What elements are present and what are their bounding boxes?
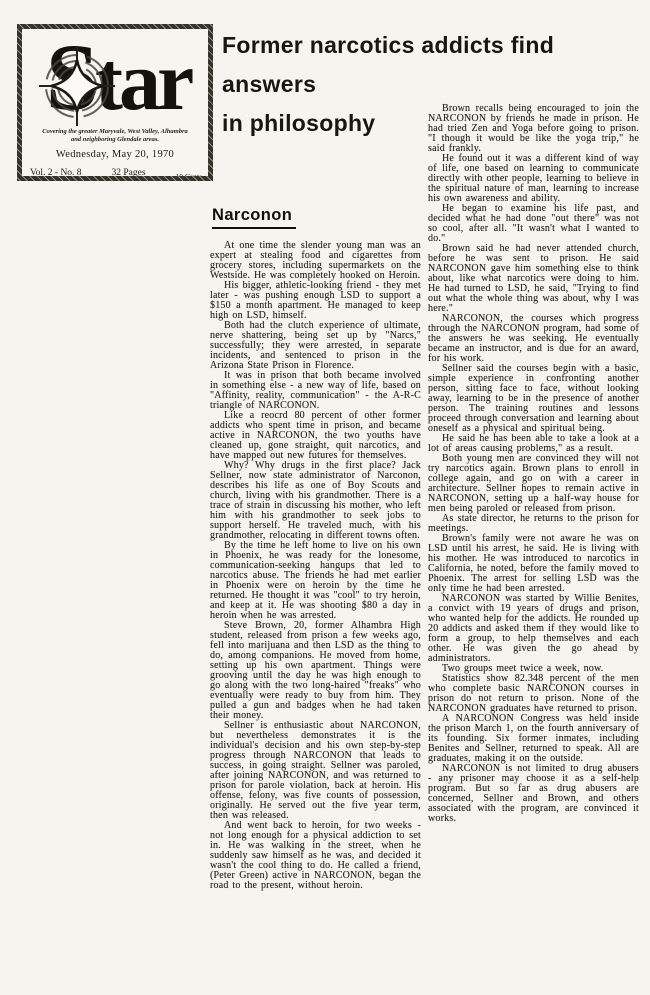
article-paragraph: Both young men are convinced they will n… [428, 454, 639, 514]
article-paragraph: Like a reocrd 80 percent of other former… [210, 411, 421, 461]
article-paragraph: Why? Why drugs in the first place? Jack … [210, 461, 421, 541]
article-paragraph: By the time he left home to live on his … [210, 541, 421, 621]
article-paragraph: As state director, he returns to the pri… [428, 514, 639, 534]
article-paragraph: Steve Brown, 20, former Alhambra High st… [210, 621, 421, 721]
article-paragraph: Sellner said the courses begin with a ba… [428, 364, 639, 434]
article-paragraph: He began to examine his life past, and d… [428, 204, 639, 244]
article-paragraph: His bigger, athletic-looking friend - th… [210, 281, 421, 321]
article-paragraph: NARCONON, the courses which progress thr… [428, 314, 639, 364]
page-count: 32 Pages [112, 168, 146, 176]
masthead-inner: Star Covering the greater Maryvale, West… [22, 29, 208, 176]
newspaper-page: Star Covering the greater Maryvale, West… [0, 0, 650, 995]
article-paragraph: Sellner is enthusiastic about NARCONON, … [210, 721, 421, 821]
headline-line1: Former narcotics addicts find answers [222, 26, 638, 104]
article-paragraph: Brown recalls being encouraged to join t… [428, 104, 639, 154]
article-paragraph: Both had the clutch experience of ultima… [210, 321, 421, 371]
masthead-date: Wednesday, May 20, 1970 [22, 149, 208, 160]
section-heading: Narconon [212, 206, 296, 229]
article-paragraph: Brown said he had never attended church,… [428, 244, 639, 314]
article-paragraph: NARCONON is not limited to drug abusers … [428, 764, 639, 824]
volume-number: Vol. 2 - No. 8 [30, 168, 82, 176]
masthead-meta-row: Vol. 2 - No. 8 32 Pages 10 Cents [22, 168, 208, 176]
article-paragraph: He said he has been able to take a look … [428, 434, 639, 454]
article-paragraph: Statistics show 82.348 percent of the me… [428, 674, 639, 714]
article-paragraph: A NARCONON Congress was held inside the … [428, 714, 639, 764]
article-paragraph: It was in prison that both became involv… [210, 371, 421, 411]
logo-area: Star [22, 31, 208, 127]
article-paragraph: And went back to heroin, for two weeks -… [210, 821, 421, 891]
article-paragraph: He found out it was a different kind of … [428, 154, 639, 204]
article-right-column: Brown recalls being encouraged to join t… [428, 104, 639, 824]
article-left-column: At one time the slender young man was an… [210, 241, 421, 891]
masthead-tagline: Covering the greater Maryvale, West Vall… [22, 128, 208, 144]
price: 10 Cents [176, 172, 202, 176]
masthead: Star Covering the greater Maryvale, West… [17, 24, 213, 181]
article-paragraph: At one time the slender young man was an… [210, 241, 421, 281]
article-paragraph: NARCONON was started by Willie Benites, … [428, 594, 639, 664]
article-paragraph: Brown's family were not aware he was on … [428, 534, 639, 594]
tagline-line2: and neighboring Glendale areas. [22, 136, 208, 144]
newspaper-logo: Star [28, 31, 208, 128]
